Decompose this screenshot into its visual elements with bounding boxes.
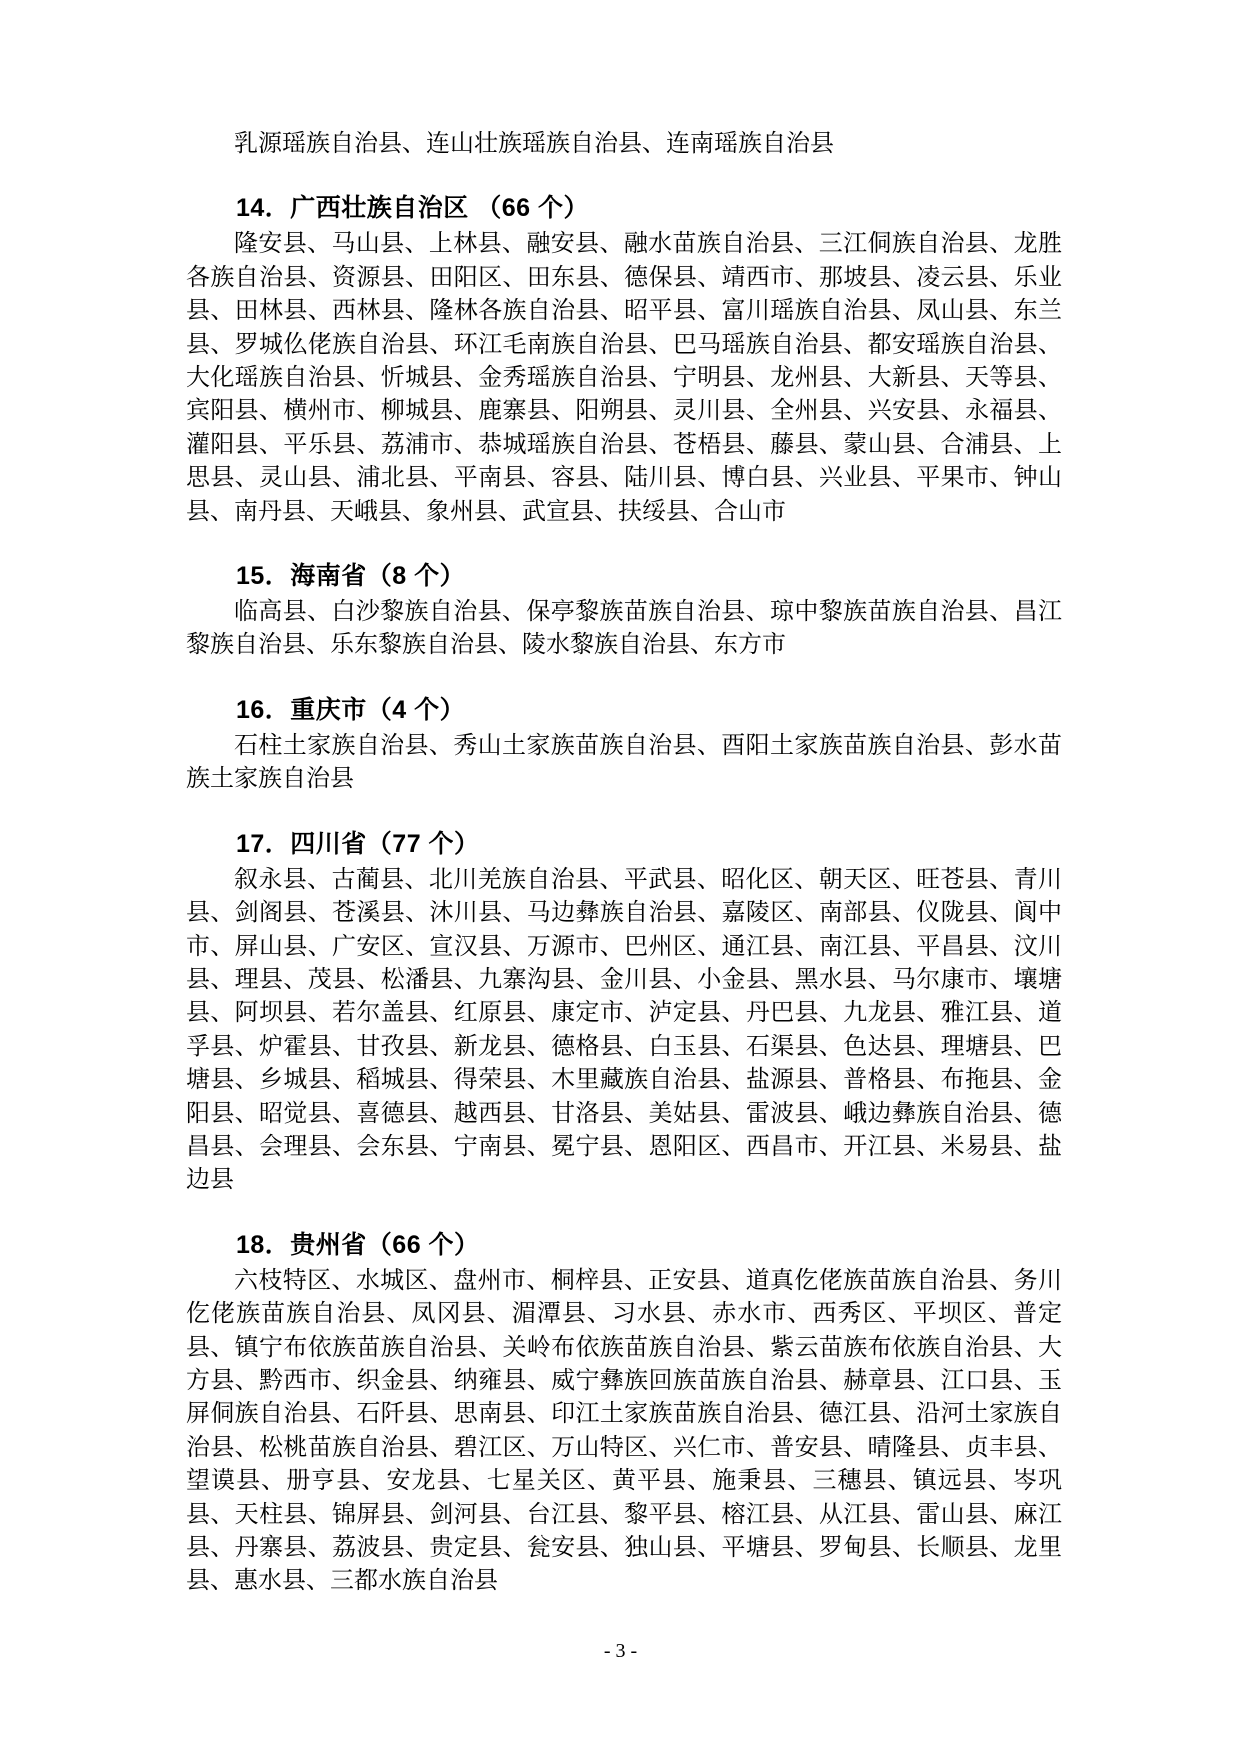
section-sichuan: 17．四川省（77 个） 叙永县、古蔺县、北川羌族自治县、平武县、昭化区、朝天区… xyxy=(186,828,1062,1198)
section-heading-chongqing: 16．重庆市（4 个） xyxy=(186,694,1062,727)
section-heading-sichuan: 17．四川省（77 个） xyxy=(186,828,1062,861)
section-heading-hainan: 15．海南省（8 个） xyxy=(186,560,1062,593)
continuation-paragraph: 乳源瑶族自治县、连山壮族瑶族自治县、连南瑶族自治县 xyxy=(186,128,1062,161)
section-body-hainan: 临高县、白沙黎族自治县、保亭黎族苗族自治县、琼中黎族苗族自治县、昌江黎族自治县、… xyxy=(186,596,1062,663)
page-number: - 3 - xyxy=(0,1640,1241,1663)
section-guizhou: 18．贵州省（66 个） 六枝特区、水城区、盘州市、桐梓县、正安县、道真仡佬族苗… xyxy=(186,1229,1062,1599)
section-body-guizhou: 六枝特区、水城区、盘州市、桐梓县、正安县、道真仡佬族苗族自治县、务川仡佬族苗族自… xyxy=(186,1265,1062,1599)
document-page: 乳源瑶族自治县、连山壮族瑶族自治县、连南瑶族自治县 14．广西壮族自治区 （66… xyxy=(0,0,1241,1754)
document-content: 乳源瑶族自治县、连山壮族瑶族自治县、连南瑶族自治县 14．广西壮族自治区 （66… xyxy=(186,128,1062,1599)
section-heading-guizhou: 18．贵州省（66 个） xyxy=(186,1229,1062,1262)
section-chongqing: 16．重庆市（4 个） 石柱土家族自治县、秀山土家族苗族自治县、酉阳土家族苗族自… xyxy=(186,694,1062,797)
section-guangxi: 14．广西壮族自治区 （66 个） 隆安县、马山县、上林县、融安县、融水苗族自治… xyxy=(186,192,1062,529)
section-heading-guangxi: 14．广西壮族自治区 （66 个） xyxy=(186,192,1062,225)
section-hainan: 15．海南省（8 个） 临高县、白沙黎族自治县、保亭黎族苗族自治县、琼中黎族苗族… xyxy=(186,560,1062,663)
section-body-chongqing: 石柱土家族自治县、秀山土家族苗族自治县、酉阳土家族苗族自治县、彭水苗族土家族自治… xyxy=(186,730,1062,797)
section-body-guangxi: 隆安县、马山县、上林县、融安县、融水苗族自治县、三江侗族自治县、龙胜各族自治县、… xyxy=(186,228,1062,529)
section-body-sichuan: 叙永县、古蔺县、北川羌族自治县、平武县、昭化区、朝天区、旺苍县、青川县、剑阁县、… xyxy=(186,864,1062,1198)
